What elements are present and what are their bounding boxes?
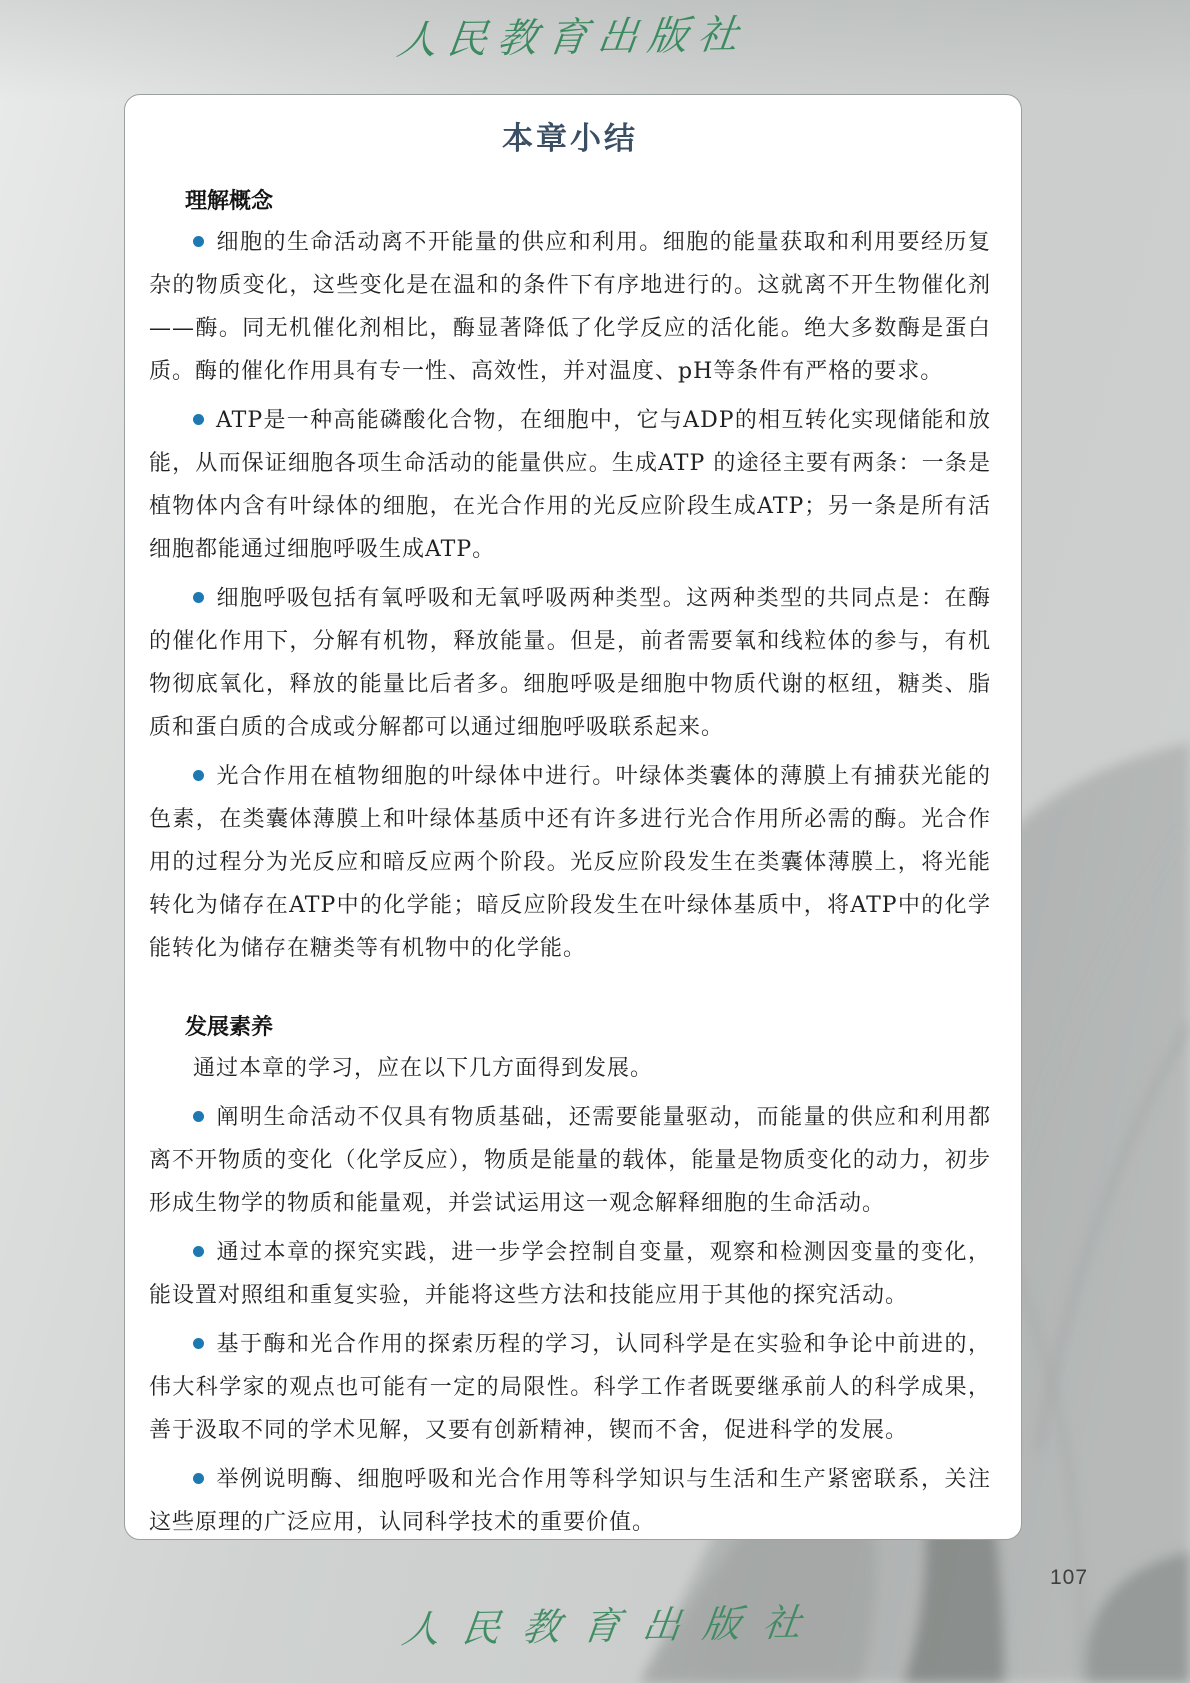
bullet-dot-icon xyxy=(193,1473,204,1484)
bullet-dot-icon xyxy=(193,414,204,425)
bullet-text: 基于酶和光合作用的探索历程的学习，认同科学是在实验和争论中前进的，伟大科学家的观… xyxy=(149,1332,991,1443)
bullet-text: 光合作用在植物细胞的叶绿体中进行。叶绿体类囊体的薄膜上有捕获光能的色素，在类囊体… xyxy=(149,764,991,961)
concept-bullet-photosynthesis: 光合作用在植物细胞的叶绿体中进行。叶绿体类囊体的薄膜上有捕获光能的色素，在类囊体… xyxy=(149,755,991,970)
bullet-dot-icon xyxy=(193,1338,204,1349)
literacy-bullet-science-history: 基于酶和光合作用的探索历程的学习，认同科学是在实验和争论中前进的，伟大科学家的观… xyxy=(149,1323,991,1452)
section-heading-literacy: 发展素养 xyxy=(185,1010,991,1041)
literacy-intro: 通过本章的学习，应在以下几方面得到发展。 xyxy=(149,1047,991,1090)
bullet-text: 通过本章的探究实践，进一步学会控制自变量，观察和检测因变量的变化，能设置对照组和… xyxy=(149,1240,991,1308)
literacy-bullet-inquiry: 通过本章的探究实践，进一步学会控制自变量，观察和检测因变量的变化，能设置对照组和… xyxy=(149,1231,991,1317)
publisher-logo-bottom-text: 人民教育出版社 xyxy=(399,1591,827,1653)
bullet-text: 阐明生命活动不仅具有物质基础，还需要能量驱动，而能量的供应和利用都离不开物质的变… xyxy=(149,1105,991,1216)
publisher-logo-bottom: 人民教育出版社 xyxy=(18,1595,1190,1650)
bullet-text: 举例说明酶、细胞呼吸和光合作用等科学知识与生活和生产紧密联系，关注这些原理的广泛… xyxy=(149,1467,991,1535)
section-heading-concepts: 理解概念 xyxy=(185,184,991,215)
literacy-bullet-application: 举例说明酶、细胞呼吸和光合作用等科学知识与生活和生产紧密联系，关注这些原理的广泛… xyxy=(149,1458,991,1544)
concept-bullet-respiration: 细胞呼吸包括有氧呼吸和无氧呼吸两种类型。这两种类型的共同点是：在酶的催化作用下，… xyxy=(149,577,991,749)
bullet-dot-icon xyxy=(193,1111,204,1122)
bullet-text: ATP是一种高能磷酸化合物，在细胞中，它与ADP的相互转化实现储能和放能，从而保… xyxy=(149,408,991,562)
bullet-dot-icon xyxy=(193,770,204,781)
bullet-dot-icon xyxy=(193,592,204,603)
bullet-text: 细胞呼吸包括有氧呼吸和无氧呼吸两种类型。这两种类型的共同点是：在酶的催化作用下，… xyxy=(149,586,991,740)
page-number: 107 xyxy=(1050,1566,1088,1590)
publisher-logo-top-text: 人民教育出版社 xyxy=(394,3,752,66)
concept-bullet-atp: ATP是一种高能磷酸化合物，在细胞中，它与ADP的相互转化实现储能和放能，从而保… xyxy=(149,399,991,571)
publisher-logo-top: 人民教育出版社 xyxy=(0,6,1168,63)
literacy-bullet-matter-energy: 阐明生命活动不仅具有物质基础，还需要能量驱动，而能量的供应和利用都离不开物质的变… xyxy=(149,1096,991,1225)
card-title: 本章小结 xyxy=(149,113,991,158)
bullet-dot-icon xyxy=(193,1246,204,1257)
bullet-text: 细胞的生命活动离不开能量的供应和利用。细胞的能量获取和利用要经历复杂的物质变化，… xyxy=(149,230,991,384)
chapter-summary-card: 本章小结 理解概念 细胞的生命活动离不开能量的供应和利用。细胞的能量获取和利用要… xyxy=(124,94,1022,1540)
bullet-dot-icon xyxy=(193,236,204,247)
concept-bullet-enzyme: 细胞的生命活动离不开能量的供应和利用。细胞的能量获取和利用要经历复杂的物质变化，… xyxy=(149,221,991,393)
